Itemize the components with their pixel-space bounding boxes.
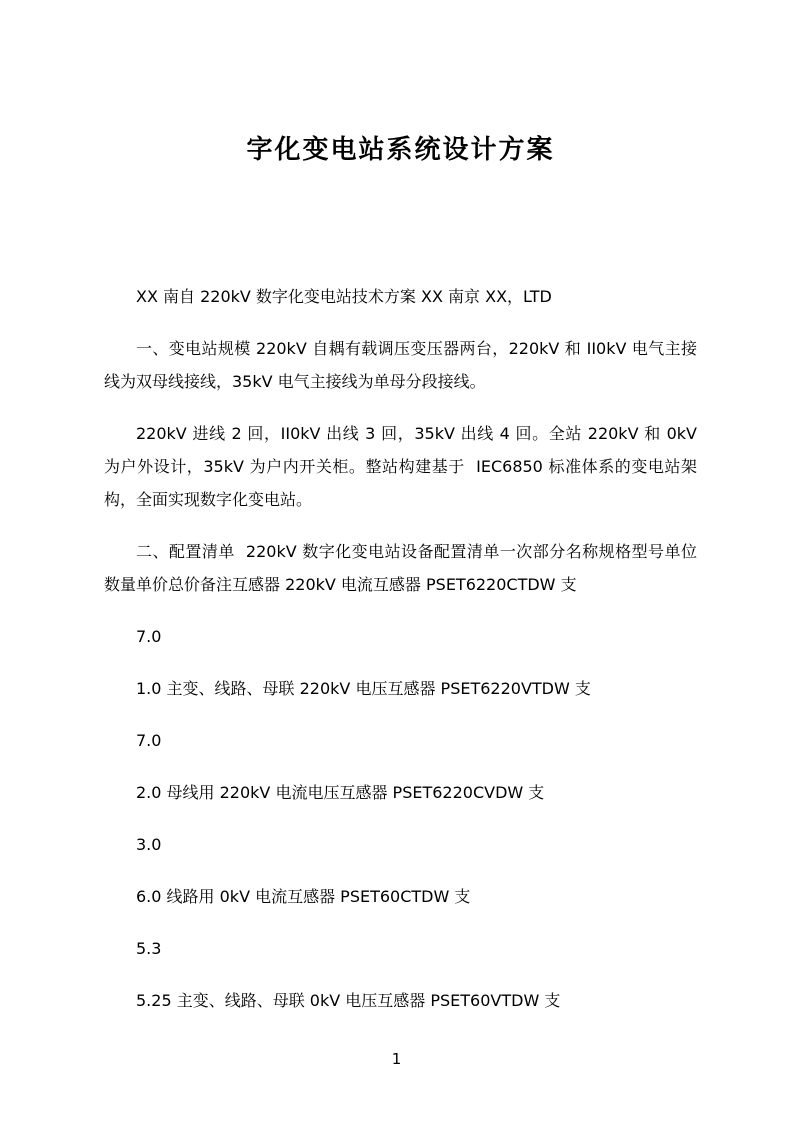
paragraph-item-line-current-transformer: 6.0 线路用 0kV 电流互感器 PSET60CTDW 支	[104, 880, 697, 913]
document-title: 字化变电站系统设计方案	[104, 130, 697, 170]
paragraph-quantity: 3.0	[104, 828, 697, 861]
paragraph-item-voltage-transformer-220kv: 1.0 主变、线路、母联 220kV 电压互感器 PSET6220VTDW 支	[104, 672, 697, 705]
paragraph-quantity: 5.3	[104, 932, 697, 965]
paragraph-station-layout: 220kV 进线 2 回，II0kV 出线 3 回，35kV 出线 4 回。全站…	[104, 417, 697, 516]
paragraph-intro: XX 南自 220kV 数字化变电站技术方案 XX 南京 XX，LTD	[104, 280, 697, 313]
paragraph-item-voltage-transformer-0kv: 5.25 主变、线路、母联 0kV 电压互感器 PSET60VTDW 支	[104, 984, 697, 1017]
paragraph-quantity: 7.0	[104, 724, 697, 757]
document-page: 字化变电站系统设计方案 XX 南自 220kV 数字化变电站技术方案 XX 南京…	[0, 0, 793, 1122]
paragraph-section-1: 一、变电站规模 220kV 自耦有载调压变压器两台，220kV 和 II0kV …	[104, 332, 697, 398]
page-number: 1	[0, 1048, 793, 1070]
paragraph-quantity: 7.0	[104, 620, 697, 653]
paragraph-section-2: 二、配置清单 220kV 数字化变电站设备配置清单一次部分名称规格型号单位数量单…	[104, 535, 697, 601]
paragraph-item-busbar-cv-transformer-220kv: 2.0 母线用 220kV 电流电压互感器 PSET6220CVDW 支	[104, 776, 697, 809]
